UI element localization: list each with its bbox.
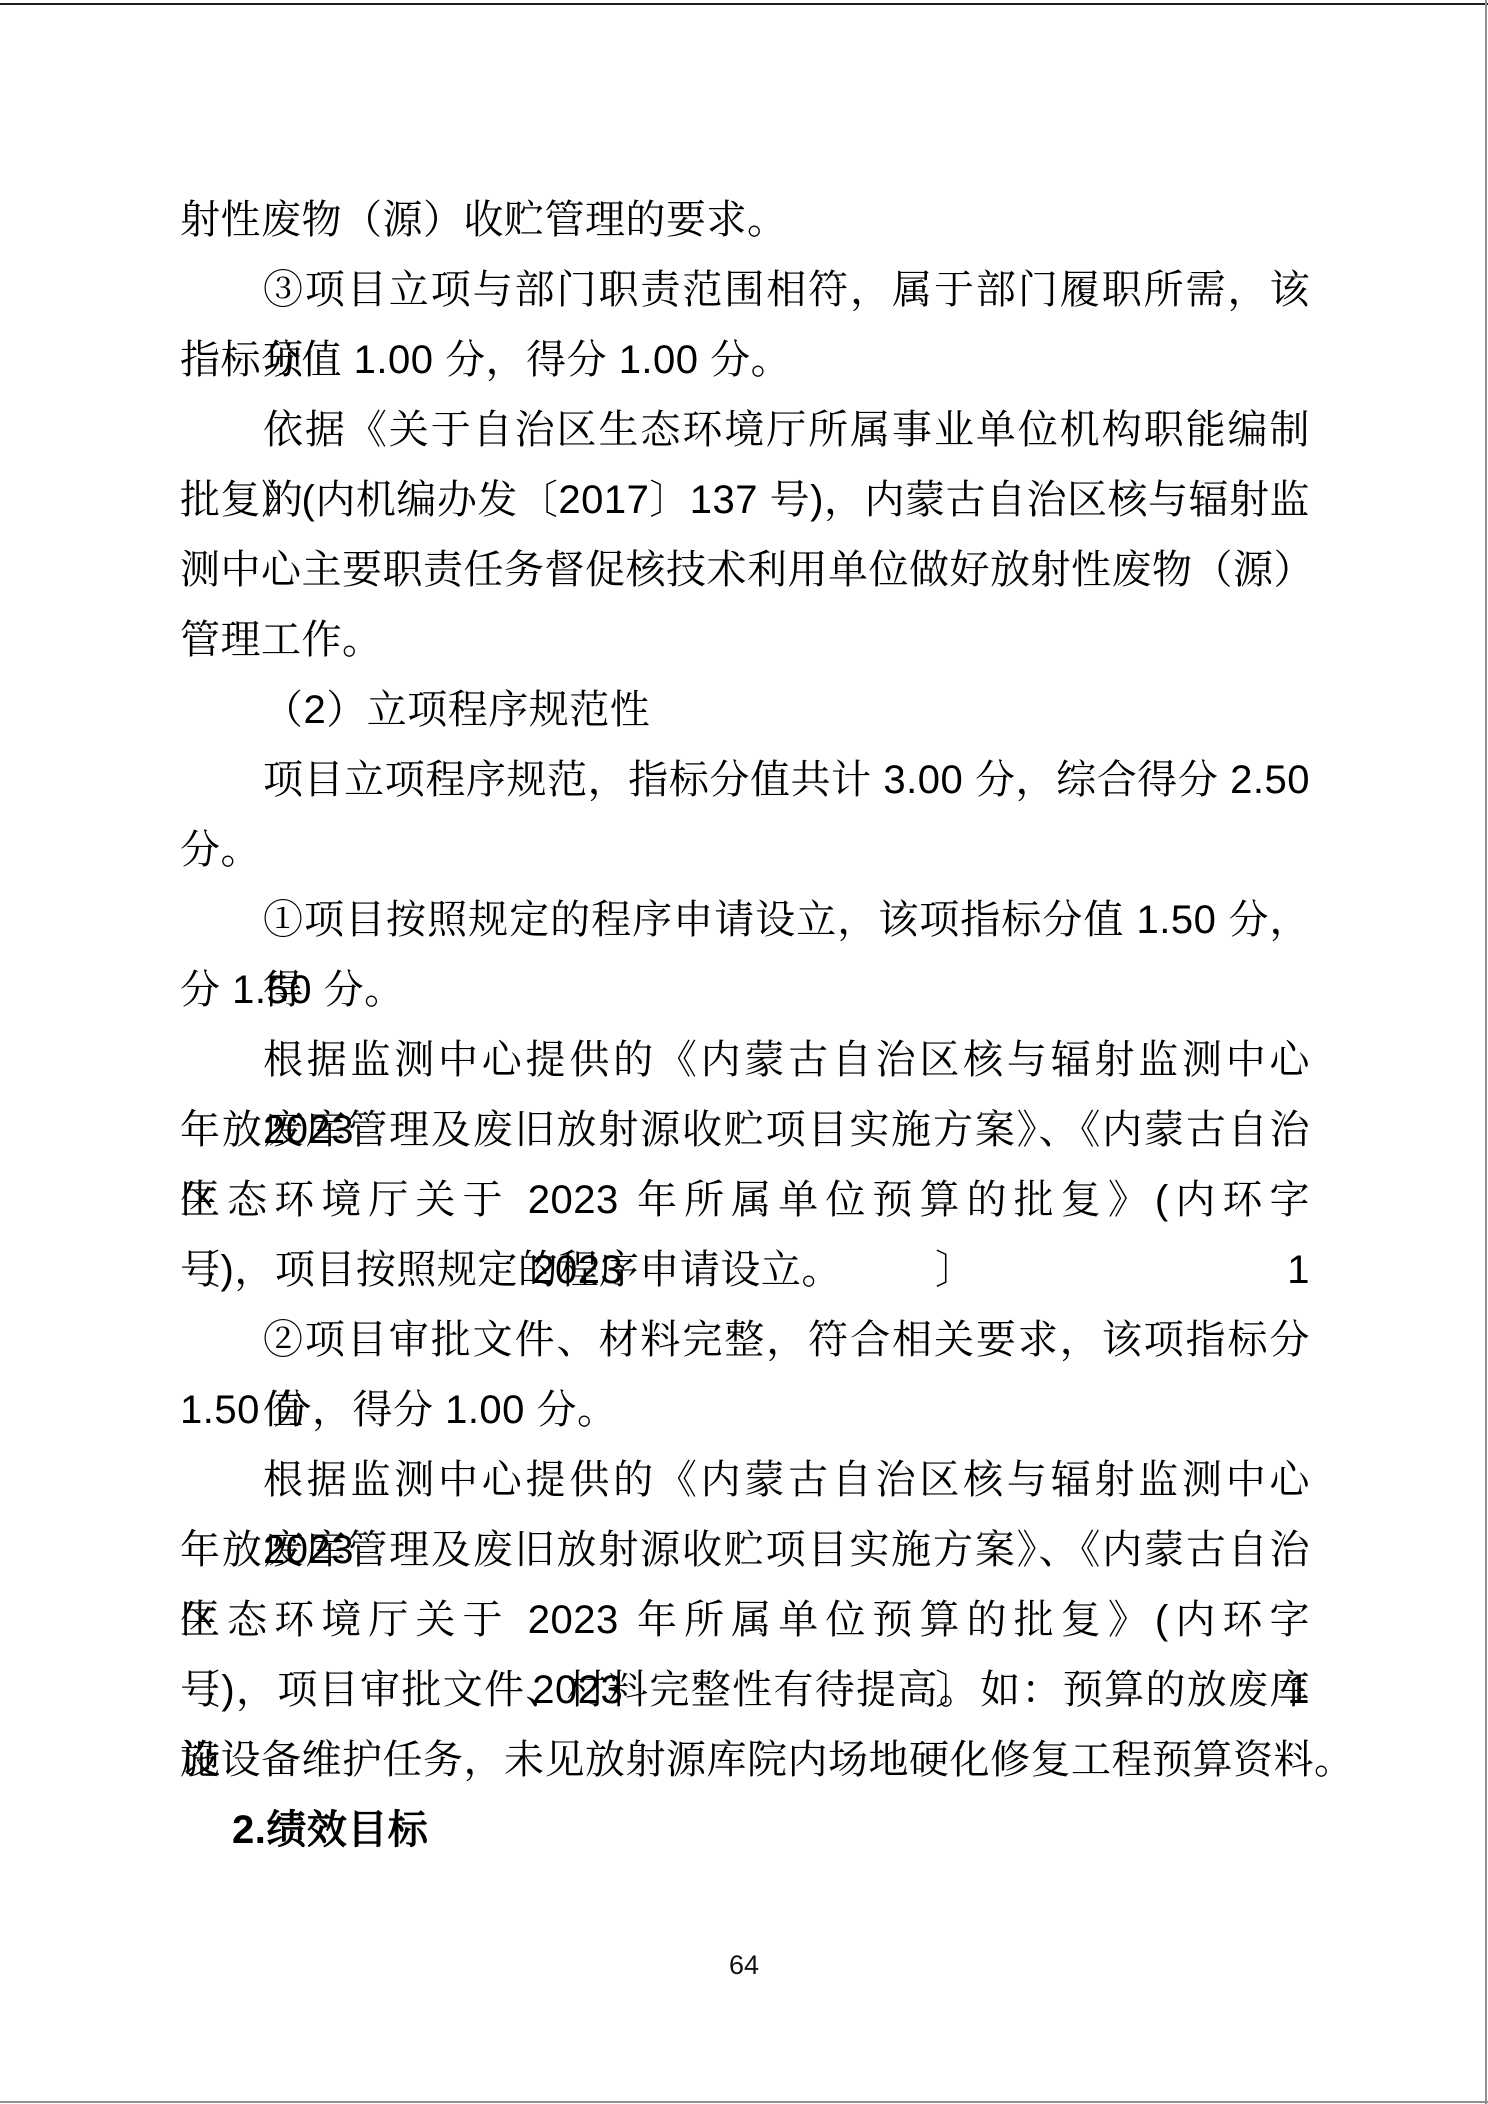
text-line: 分。 (180, 815, 1310, 885)
text-line: 射性废物（源）收贮管理的要求。 (180, 185, 1310, 255)
text-line: 年放废库管理及废旧放射源收贮项目实施方案》、《内蒙古自治区 (180, 1515, 1310, 1585)
text-line: ①项目按照规定的程序申请设立，该项指标分值 1.50 分，得 (180, 885, 1310, 955)
text-line: （2）立项程序规范性 (180, 675, 1310, 745)
text-line: 年放废库管理及废旧放射源收贮项目实施方案》、《内蒙古自治区 (180, 1095, 1310, 1165)
text-line: 1.50 分，得分 1.00 分。 (180, 1375, 1310, 1445)
page-edge-bottom (0, 2101, 1488, 2103)
page-number: 64 (0, 1948, 1488, 1982)
text-line: 管理工作。 (180, 605, 1310, 675)
text-line: 测中心主要职责任务督促核技术利用单位做好放射性废物（源） (180, 535, 1310, 605)
text-line: ③项目立项与部门职责范围相符，属于部门履职所需，该项 (180, 255, 1310, 325)
text-line: 依据《关于自治区生态环境厅所属事业单位机构职能编制的 (180, 395, 1310, 465)
document-body: 射性废物（源）收贮管理的要求。 ③项目立项与部门职责范围相符，属于部门履职所需，… (180, 185, 1310, 1865)
text-line: 指标分值 1.00 分，得分 1.00 分。 (180, 325, 1310, 395)
text-line: 生态环境厅关于 2023 年所属单位预算的批复》(内环字〔2023〕1 (180, 1585, 1310, 1655)
text-line: 根据监测中心提供的《内蒙古自治区核与辐射监测中心 2023 (180, 1445, 1310, 1515)
text-line: 根据监测中心提供的《内蒙古自治区核与辐射监测中心 2023 (180, 1025, 1310, 1095)
text-line: 项目立项程序规范，指标分值共计 3.00 分，综合得分 2.50 (180, 745, 1310, 815)
text-line: 分 1.50 分。 (180, 955, 1310, 1025)
document-page: 射性废物（源）收贮管理的要求。 ③项目立项与部门职责范围相符，属于部门履职所需，… (0, 0, 1488, 2104)
text-line: 生态环境厅关于 2023 年所属单位预算的批复》(内环字〔2023〕1 (180, 1165, 1310, 1235)
text-line: ②项目审批文件、材料完整，符合相关要求，该项指标分值 (180, 1305, 1310, 1375)
section-heading: 2.绩效目标 (180, 1795, 1310, 1865)
text-line: 施设备维护任务，未见放射源库院内场地硬化修复工程预算资料。 (180, 1725, 1310, 1795)
page-edge-top (0, 3, 1488, 5)
text-line: 批复》(内机编办发〔2017〕137 号)，内蒙古自治区核与辐射监 (180, 465, 1310, 535)
page-edge-right (1485, 0, 1487, 2104)
text-line: 号)，项目审批文件、材料完整性有待提高。如：预算的放废库设 (180, 1655, 1310, 1725)
